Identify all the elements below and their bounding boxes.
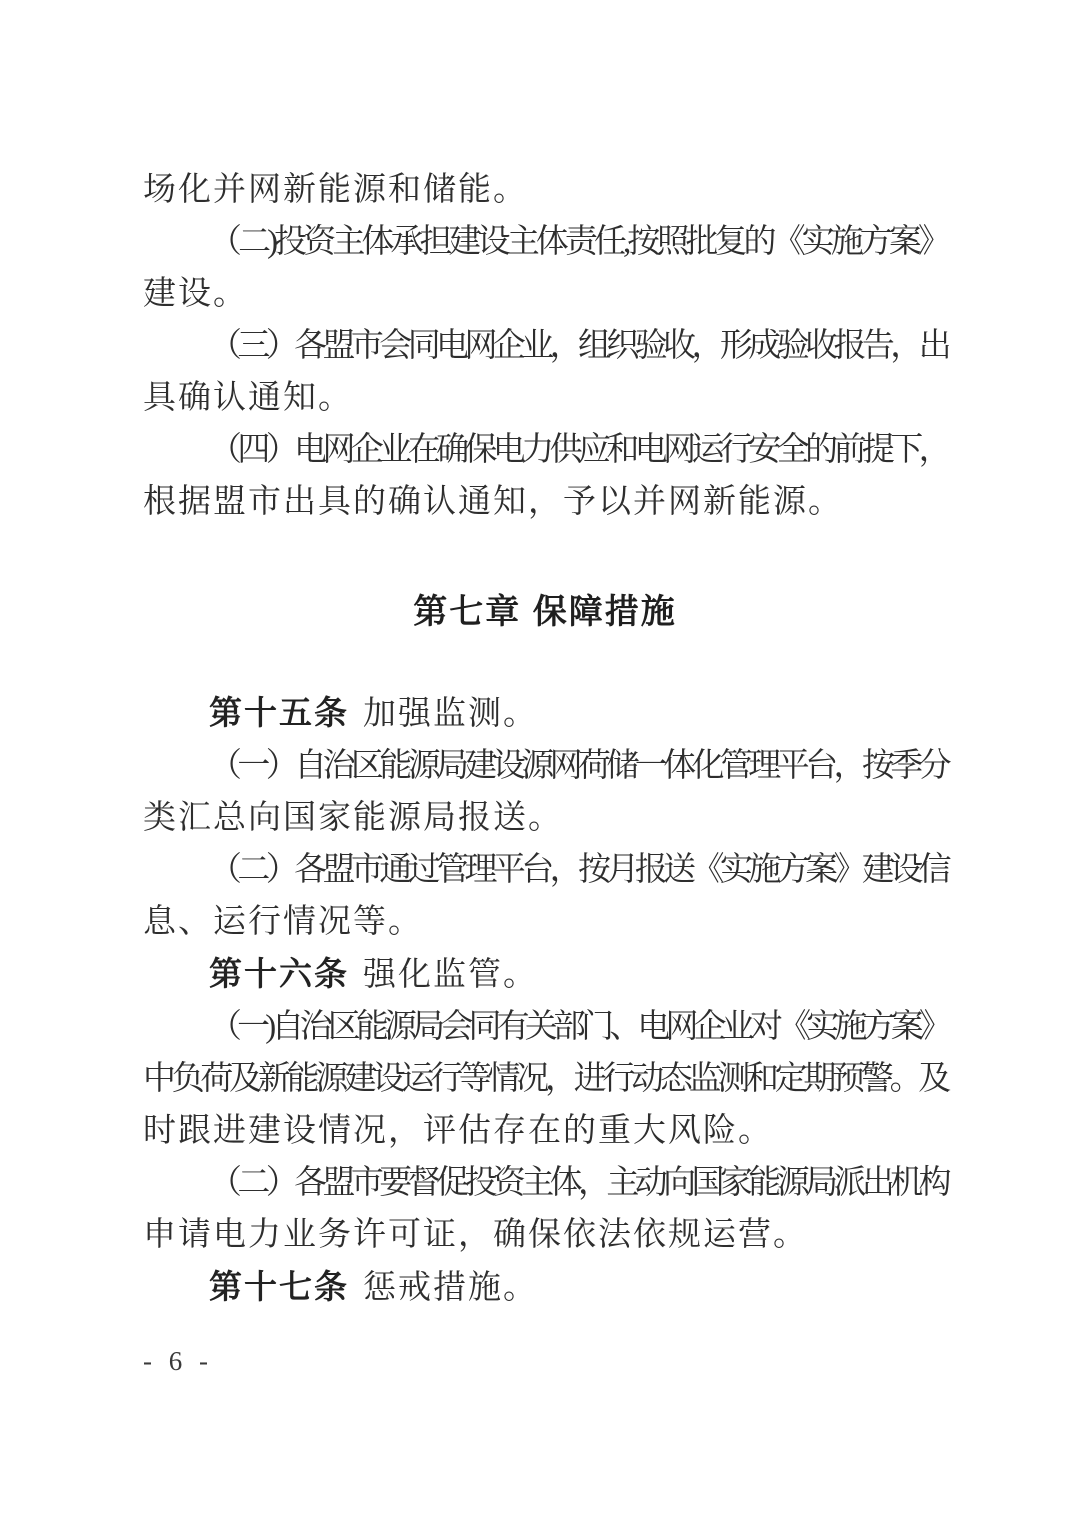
document-body: 场化并网新能源和储能。 （二)投资主体承担建设主体责任,按照批复的《实施方案》 … bbox=[143, 164, 947, 1314]
article-lead-line: 第十七条惩戒措施。 bbox=[143, 1261, 947, 1314]
text-line: （二）各盟市要督促投资主体，主动向国家能源局派出机构 bbox=[143, 1157, 947, 1209]
text-line-content: 根据盟市出具的确认通知，予以并网新能源。 bbox=[143, 484, 843, 520]
text-line-content: 具确认通知。 bbox=[143, 380, 353, 416]
text-line-content: （四）电网企业在确保电力供应和电网运行安全的前提下， bbox=[209, 432, 947, 468]
article-title: 惩戒措施。 bbox=[363, 1270, 538, 1306]
document-page: 场化并网新能源和储能。 （二)投资主体承担建设主体责任,按照批复的《实施方案》 … bbox=[0, 0, 1080, 1527]
text-line: 申请电力业务许可证，确保依法依规运营。 bbox=[143, 1209, 947, 1261]
article-title: 强化监管。 bbox=[363, 957, 538, 993]
article-number-bold: 第十七条 bbox=[209, 1268, 349, 1305]
text-line-content: 类汇总向国家能源局报送。 bbox=[143, 800, 563, 836]
text-line: （四）电网企业在确保电力供应和电网运行安全的前提下， bbox=[143, 424, 947, 476]
text-line-content: （二）各盟市要督促投资主体，主动向国家能源局派出机构 bbox=[209, 1165, 947, 1201]
text-line-content: 时跟进建设情况，评估存在的重大风险。 bbox=[143, 1113, 773, 1149]
article-lead-line: 第十六条强化监管。 bbox=[143, 948, 947, 1001]
article-number-bold: 第十六条 bbox=[209, 955, 349, 992]
chapter-heading: 第七章 保障措施 bbox=[143, 586, 947, 638]
text-line-content: （二）各盟市通过管理平台，按月报送《实施方案》建设信 bbox=[209, 852, 947, 888]
text-line: 时跟进建设情况，评估存在的重大风险。 bbox=[143, 1105, 947, 1157]
text-line-content: （三）各盟市会同电网企业，组织验收，形成验收报告，出 bbox=[209, 328, 947, 364]
text-line: （一）自治区能源局建设源网荷储一体化管理平台，按季分 bbox=[143, 740, 947, 792]
page-number: - 6 - bbox=[143, 1346, 213, 1376]
text-line: （一)自治区能源局会同有关部门、电网企业对《实施方案》 bbox=[143, 1001, 947, 1053]
text-line: （二)投资主体承担建设主体责任,按照批复的《实施方案》 bbox=[143, 216, 947, 268]
text-line: 场化并网新能源和储能。 bbox=[143, 164, 947, 216]
text-line: （三）各盟市会同电网企业，组织验收，形成验收报告，出 bbox=[143, 320, 947, 372]
text-line: 具确认通知。 bbox=[143, 372, 947, 424]
text-line: 中负荷及新能源建设运行等情况，进行动态监测和定期预警。及 bbox=[143, 1053, 947, 1105]
article-number-bold: 第十五条 bbox=[209, 694, 349, 731]
text-line: 类汇总向国家能源局报送。 bbox=[143, 792, 947, 844]
text-line: （二）各盟市通过管理平台，按月报送《实施方案》建设信 bbox=[143, 844, 947, 896]
text-line-content: （二)投资主体承担建设主体责任,按照批复的《实施方案》 bbox=[209, 224, 947, 260]
text-line-content: （一)自治区能源局会同有关部门、电网企业对《实施方案》 bbox=[209, 1009, 947, 1045]
text-line-content: 场化并网新能源和储能。 bbox=[143, 172, 528, 208]
text-line-content: 息、运行情况等。 bbox=[143, 904, 423, 940]
text-line: 息、运行情况等。 bbox=[143, 896, 947, 948]
article-lead-line: 第十五条加强监测。 bbox=[143, 687, 947, 740]
text-line-content: 建设。 bbox=[143, 276, 248, 312]
text-line-content: （一）自治区能源局建设源网荷储一体化管理平台，按季分 bbox=[209, 748, 947, 784]
text-line: 根据盟市出具的确认通知，予以并网新能源。 bbox=[143, 476, 947, 528]
text-line-content: 申请电力业务许可证，确保依法依规运营。 bbox=[143, 1217, 808, 1253]
text-line: 建设。 bbox=[143, 268, 947, 320]
text-line-content: 中负荷及新能源建设运行等情况，进行动态监测和定期预警。及 bbox=[143, 1061, 947, 1097]
article-title: 加强监测。 bbox=[363, 696, 538, 732]
